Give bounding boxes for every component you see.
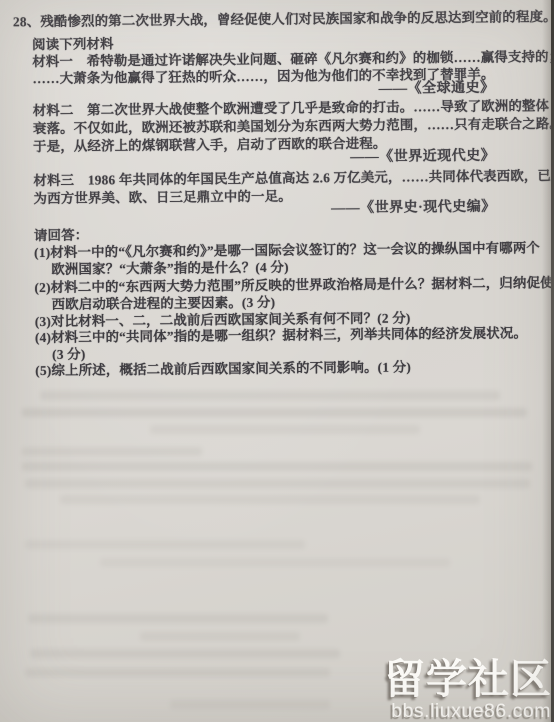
exam-paper-photo: 28、残酷惨烈的第二次世界大战，曾经促使人们对民族国家和战争的反思达到空前的程度…: [0, 0, 554, 722]
bleedthrough-line: [25, 668, 330, 677]
bleedthrough-line: [28, 614, 328, 623]
page-edge-shadow: [542, 0, 551, 722]
material-2-line-2: 衰落。不仅如此，欧洲还被苏联和美国划分为东西两大势力范围，……只有走联合之路。: [33, 116, 554, 137]
watermark-site-url: bbs.liuxue86.com: [391, 702, 551, 722]
bleedthrough-line: [22, 408, 527, 417]
question-1-line-1: (1)材料一中的“《凡尔赛和约》”是哪一国际会议签订的？这一会议的操纵国中有哪两…: [34, 240, 540, 261]
question-4-line-1: (4)材料三中的“共同体”指的是哪一组织？据材料三，列举共同体的经济发展状况。: [35, 325, 527, 346]
bleedthrough-line: [100, 558, 450, 567]
question-2-line-1: (2)材料二中的“东西两大势力范围”所反映的世界政治格局是什么？据材料二，归纳促…: [34, 275, 553, 296]
question-1-line-2: 欧洲国家？“大萧条”指的是什么？(4 分): [51, 260, 289, 278]
bleedthrough-line: [25, 479, 530, 488]
bleedthrough-line: [170, 700, 330, 709]
material-1-source: ——《全球通史》: [1, 81, 495, 102]
question-intro-line: 28、残酷惨烈的第二次世界大战，曾经促使人们对民族国家和战争的反思达到空前的程度…: [13, 9, 554, 30]
question-5-line-1: (5)综上所述，概括二战前后西欧国家间关系的不同影响。(1 分): [35, 359, 411, 379]
bleedthrough-line: [140, 632, 300, 641]
bleedthrough-line: [22, 447, 202, 456]
material-3-line-1: 材料三 1986 年共同体的年国民生产总值高达 2.6 万亿美元，……共同体代表…: [33, 168, 554, 189]
read-materials-prompt: 阅读下列材料: [32, 36, 114, 53]
bleedthrough-line: [22, 462, 532, 471]
bleedthrough-line: [60, 495, 480, 504]
question-2-line-2: 西欧启动联合进程的主要因素。(3 分): [52, 295, 276, 313]
answer-prompt: 请回答：: [34, 228, 89, 245]
bleedthrough-line: [40, 391, 500, 400]
bleedthrough-line: [30, 649, 340, 658]
material-2-source: ——《世界近现代史》: [1, 149, 495, 170]
watermark-brand: 留学社区: [384, 659, 552, 700]
bleedthrough-line: [25, 540, 305, 549]
question-4-line-2: (3 分): [52, 347, 86, 363]
material-3-source: ——《世界史·现代史编》: [2, 200, 496, 221]
bleedthrough-line: [150, 425, 420, 434]
